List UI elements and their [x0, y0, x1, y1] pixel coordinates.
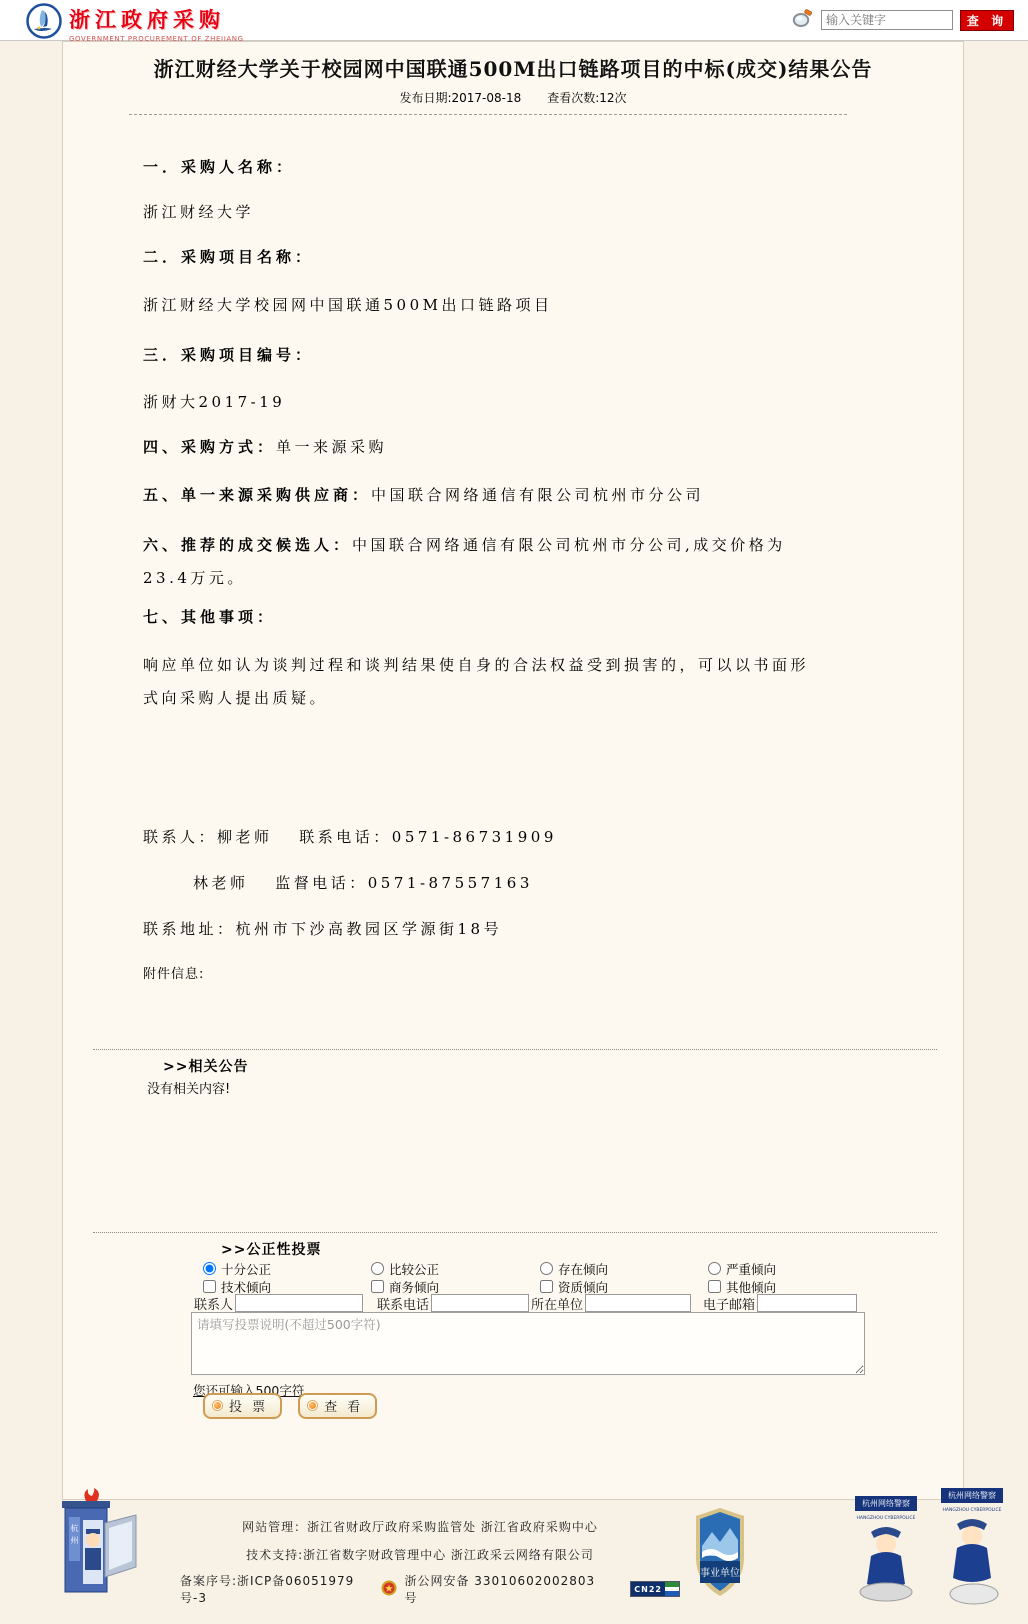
vote-submit-button[interactable]: 投 票 [203, 1393, 282, 1419]
section-mixed: 四、采购方式：单一来源采购 [143, 431, 887, 464]
vote-radio[interactable] [540, 1262, 553, 1275]
search-icon [792, 8, 814, 32]
vote-checkbox[interactable] [540, 1280, 553, 1293]
contact-phone-field: 联系电话 [377, 1294, 529, 1312]
svg-text:HANGZHOU CYBERPOLICE: HANGZHOU CYBERPOLICE [943, 1507, 1002, 1513]
footer-management-line: 网站管理：浙江省财政厅政府采购监管处 浙江省政府采购中心 [180, 1518, 660, 1535]
search-input[interactable] [821, 10, 953, 30]
vote-radio-option[interactable]: 存在倾向 [540, 1261, 608, 1276]
police-booth-illustration: 杭 州 [50, 1487, 140, 1611]
police-record-number[interactable]: 浙公网安备 33010602002803号 [404, 1572, 601, 1606]
vote-buttons: 投 票 查 看 [203, 1393, 377, 1419]
institution-shield-badge: 事业单位 [692, 1506, 748, 1602]
article-meta: 发布日期:2017-08-18查看次数:12次 [63, 89, 963, 106]
cn22-badge: CN22 [630, 1581, 680, 1597]
section-body: 浙江财经大学 [143, 196, 887, 229]
announcement-panel: 浙江财经大学关于校园网中国联通500M出口链路项目的中标(成交)结果公告 发布日… [62, 41, 964, 1500]
svg-text:杭: 杭 [71, 1523, 79, 1533]
vote-checkbox[interactable] [203, 1280, 216, 1293]
section-heading: 二．采购项目名称： [143, 241, 887, 274]
vote-checkbox-option[interactable]: 商务倾向 [371, 1279, 439, 1294]
police-emblem-icon [381, 1580, 397, 1599]
vote-checkbox-option[interactable]: 资质倾向 [540, 1279, 608, 1294]
contact-line: 联系人：柳老师 联系电话：0571-86731909 [143, 821, 887, 854]
footer-support-line: 技术支持:浙江省数字财政管理中心 浙江政采云网络有限公司 [180, 1546, 660, 1563]
site-logo[interactable]: 浙江政府采购 GOVERNMENT PROCUREMENT OF ZHEJIAN… [26, 3, 244, 43]
dotted-separator [93, 1049, 937, 1050]
svg-text:杭州网络警察: 杭州网络警察 [948, 1490, 996, 1500]
logo-title: 浙江政府采购 [69, 4, 244, 34]
vote-radio-option[interactable]: 严重倾向 [708, 1261, 776, 1276]
email-field: 电子邮箱 [703, 1294, 857, 1312]
section-body: 浙江财经大学校园网中国联通500M出口链路项目 [143, 289, 887, 322]
email-input[interactable] [757, 1294, 857, 1312]
work-unit-input[interactable] [585, 1294, 691, 1312]
vote-checkbox-option[interactable]: 技术倾向 [203, 1279, 271, 1294]
vote-checkbox-option[interactable]: 其他倾向 [708, 1279, 776, 1294]
vote-radio-option[interactable]: 比较公正 [371, 1261, 439, 1276]
contact-line: 联系地址：杭州市下沙高教园区学源街18号 [143, 913, 887, 946]
dashed-separator [129, 114, 847, 115]
contact-name-field: 联系人 [194, 1294, 363, 1312]
top-header: 浙江政府采购 GOVERNMENT PROCUREMENT OF ZHEJIAN… [0, 0, 1028, 41]
search-button[interactable]: 查 询 [960, 10, 1014, 31]
svg-text:州: 州 [71, 1535, 79, 1545]
attachment-label: 附件信息: [143, 958, 887, 991]
svg-text:杭州网络警察: 杭州网络警察 [862, 1498, 910, 1508]
section-heading: 一．采购人名称： [143, 151, 887, 184]
orange-dot-icon [213, 1401, 222, 1410]
vote-heading: >>公正性投票 [221, 1239, 321, 1259]
svg-text:HANGZHOU CYBERPOLICE: HANGZHOU CYBERPOLICE [857, 1515, 916, 1521]
related-empty-text: 没有相关内容! [147, 1078, 230, 1097]
section-mixed: 五、单一来源采购供应商：中国联合网络通信有限公司杭州市分公司 [143, 479, 887, 512]
vote-radio[interactable] [708, 1262, 721, 1275]
section-body: 响应单位如认为谈判过程和谈判结果使自身的合法权益受到损害的，可以以书面形式向采购… [143, 649, 887, 715]
page-title: 浙江财经大学关于校园网中国联通500M出口链路项目的中标(成交)结果公告 [63, 53, 963, 82]
footer-record-line: 备案序号:浙ICP备06051979号-3 浙公网安备 330106020028… [180, 1572, 680, 1606]
vote-checkbox[interactable] [708, 1280, 721, 1293]
dotted-separator [93, 1232, 937, 1233]
logo-globe-icon [26, 3, 62, 43]
related-heading: >>相关公告 [163, 1056, 248, 1076]
vote-radio[interactable] [203, 1262, 216, 1275]
section-heading: 七、其他事项： [143, 601, 887, 634]
section-heading: 三．采购项目编号： [143, 339, 887, 372]
page: { "colors": { "accent_red": "#d40000", "… [0, 0, 1028, 1624]
cyberpolice-illustration: 杭州网络警察 HANGZHOU CYBERPOLICE 杭州网络警察 HANGZ… [853, 1480, 1009, 1616]
shield-label: 事业单位 [700, 1566, 740, 1579]
vote-radio-option[interactable]: 十分公正 [203, 1261, 271, 1276]
vote-checkbox[interactable] [371, 1280, 384, 1293]
contact-line: 林老师 监督电话：0571-87557163 [193, 867, 887, 900]
icp-number[interactable]: 备案序号:浙ICP备06051979号-3 [180, 1572, 374, 1606]
section-mixed: 六、推荐的成交候选人：中国联合网络通信有限公司杭州市分公司,成交价格为23.4万… [143, 529, 887, 595]
orange-dot-icon [308, 1401, 317, 1410]
view-count: 查看次数:12次 [547, 91, 626, 105]
vote-view-button[interactable]: 查 看 [298, 1393, 377, 1419]
section-body: 浙财大2017-19 [143, 386, 887, 419]
contact-phone-input[interactable] [431, 1294, 529, 1312]
search-bar: 查 询 [792, 8, 1014, 32]
publish-date: 发布日期:2017-08-18 [399, 91, 521, 105]
vote-comment-textarea[interactable] [191, 1312, 865, 1375]
work-unit-field: 所在单位 [531, 1294, 691, 1312]
vote-radio[interactable] [371, 1262, 384, 1275]
contact-name-input[interactable] [235, 1294, 363, 1312]
